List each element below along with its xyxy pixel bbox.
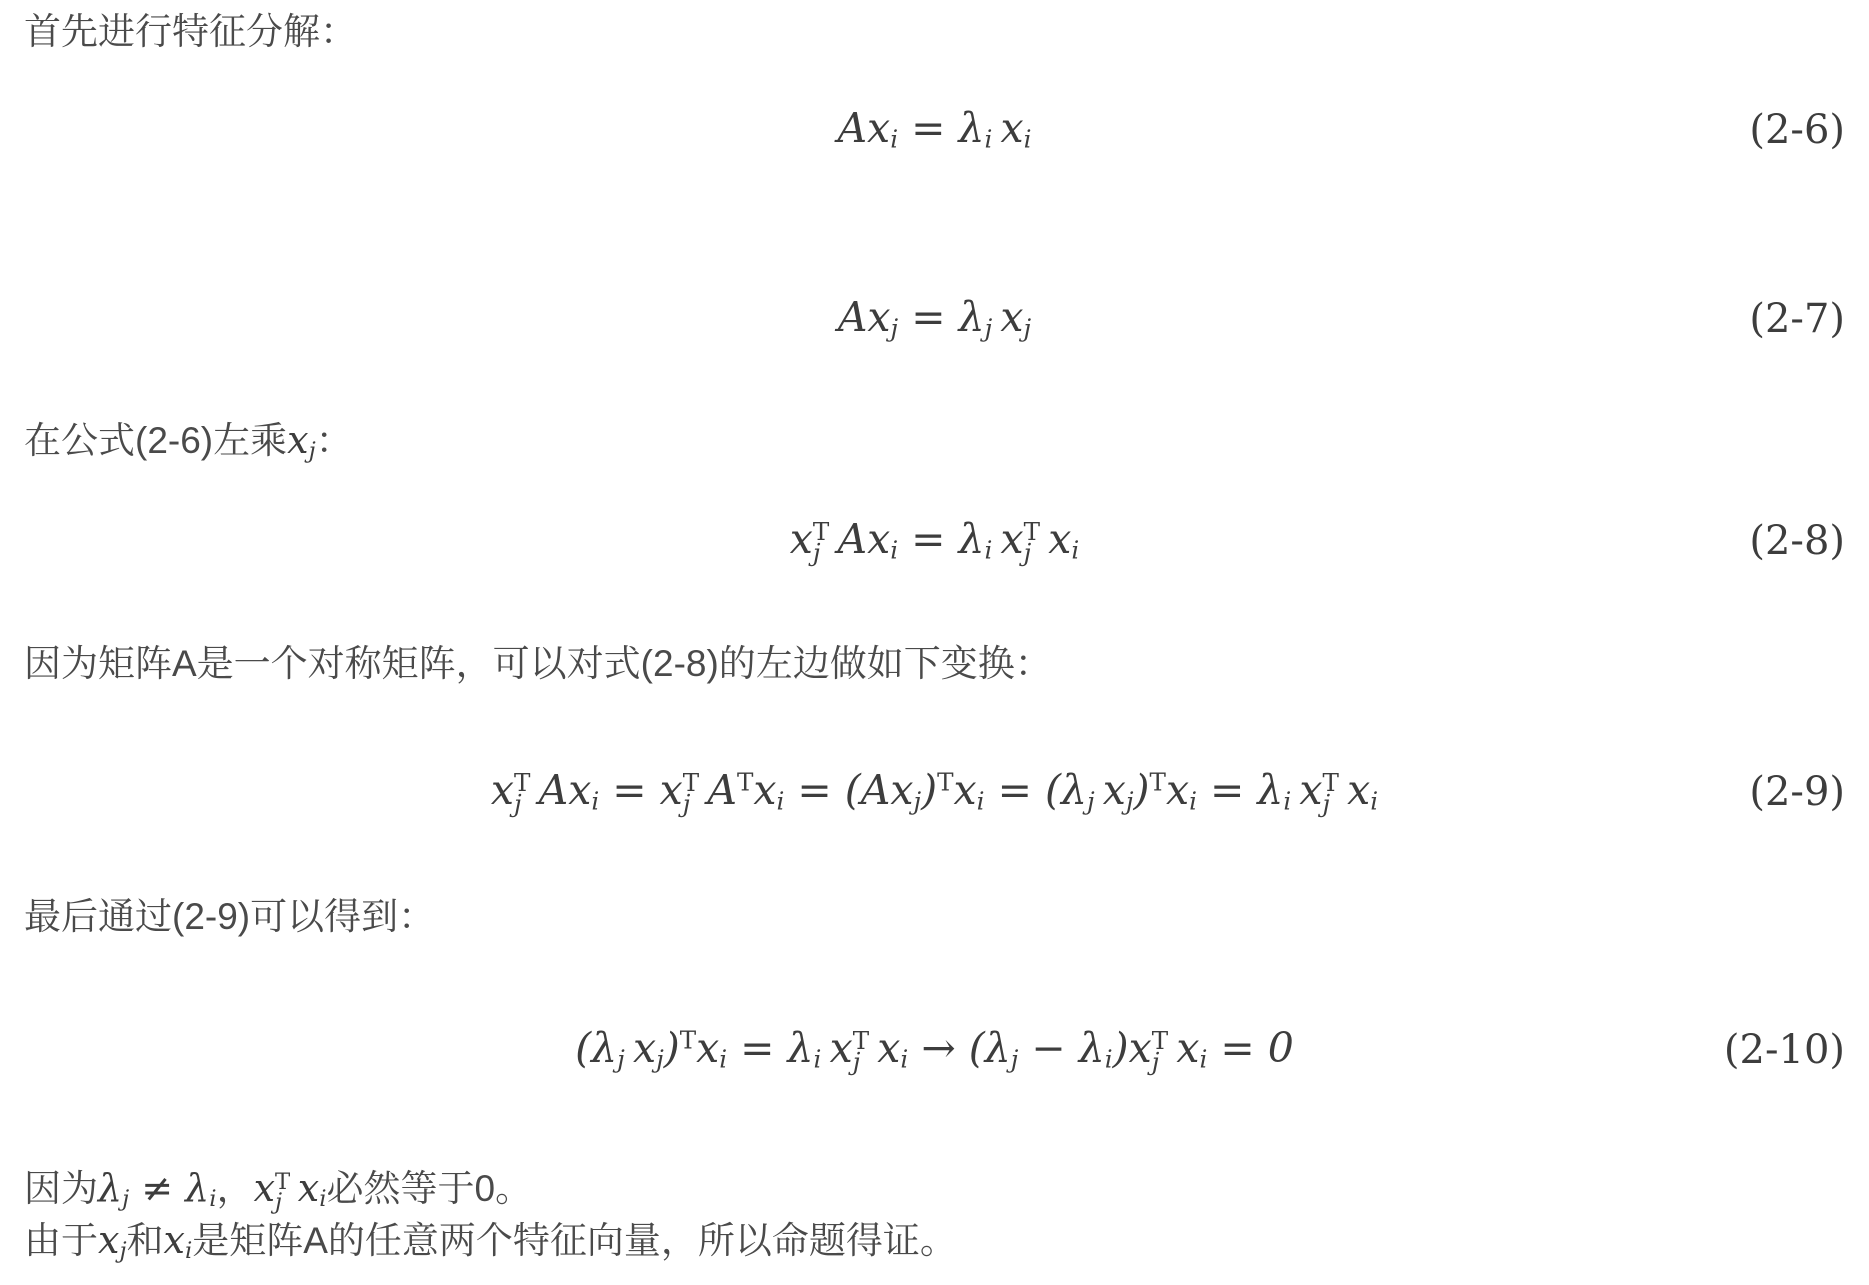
left-multiply-paragraph: 在公式(2-6)左乘xj： [24,415,1845,467]
math-base: x [992,104,1023,152]
subscript: i [1024,124,1032,153]
equation-2-9-number: (2-9) [1749,769,1845,815]
superscript-subscript-stack: Tj [813,522,829,564]
math-base: x [287,418,308,462]
math-base: x [1166,766,1189,814]
math-base: = 0 [1207,1024,1294,1072]
math-base: Ax [829,515,890,563]
equation-2-6-number: (2-6) [1749,107,1845,153]
subscript: j [683,794,691,815]
subscript: i [591,786,599,815]
math-base: = λ [898,293,984,341]
math-base: = λ [1197,766,1283,814]
subscript: i [1105,1044,1113,1073]
text-run: 在公式(2-6)左乘 [24,420,287,461]
subscript: j [617,1044,625,1073]
superscript: T [737,767,753,796]
math-base: x [821,1024,852,1072]
math-expression: xj [98,1218,127,1262]
text-run: 最后通过(2-9)可以得到： [24,896,435,937]
math-base: = λ [727,1024,813,1072]
text-run: 因为 [24,1168,98,1209]
math-base: x [290,1166,319,1210]
subscript: i [1370,786,1378,815]
math-base: ) [664,1024,680,1072]
subscript: j [914,786,922,815]
subscript: i [890,535,898,564]
subscript: j [514,794,522,815]
document-page: { "page": { "background": "#ffffff", "te… [0,0,1869,1285]
math-base: x [1339,766,1370,814]
subscript: j [656,1044,664,1073]
math-expression: Axj = λj xj [838,293,1031,341]
superscript: T [1150,767,1166,796]
math-base: ) [1134,766,1150,814]
text-run: 是矩阵A的任意两个特征向量，所以命题得证。 [192,1220,957,1261]
subscript: j [1024,313,1032,342]
superscript-subscript-stack: Tj [1323,773,1339,815]
math-base: x [491,766,514,814]
math-base: )x [1113,1024,1152,1072]
math-base: = (Ax [784,766,913,814]
math-base: x [790,515,813,563]
math-expression: λj ≠ λi [98,1166,217,1210]
equation-2-9: xTj Axi = xTj ATxi = (Axj)Txi = (λj xj)T… [0,761,1869,823]
subscript: j [1087,786,1095,815]
math-base: = λ [898,515,984,563]
equation-2-7-number: (2-7) [1749,296,1845,342]
math-base: = (λ [985,766,1087,814]
math-base: x [753,766,776,814]
superscript-subscript-stack: Tj [683,773,699,815]
text-run: ， [217,1168,254,1209]
superscript: T [937,767,953,796]
math-base: x [696,1024,719,1072]
equation-2-10-formula: (λj xj)Txi = λi xTj xi → (λj − λi)xTj xi… [575,1028,1294,1072]
subscript: i [719,1044,727,1073]
subscript: i [1071,535,1079,564]
math-base: Ax [530,766,591,814]
text-run: 因为矩阵A是一个对称矩阵，可以对式(2-8)的左边做如下变换： [24,643,1052,684]
math-expression: Axi = λi xi [837,104,1031,152]
superscript-subscript-stack: Tj [1024,522,1040,564]
math-base: λ [98,1166,122,1210]
symmetric-matrix-paragraph: 因为矩阵A是一个对称矩阵，可以对式(2-8)的左边做如下变换： [24,638,1845,690]
text-run: 首先进行特征分解： [24,11,357,52]
superscript-subscript-stack: Tj [1152,1031,1168,1073]
equation-2-10: (λj xj)Txi = λi xTj xi → (λj − λi)xTj xi… [0,1019,1869,1081]
subscript: j [1152,1052,1160,1073]
math-base: x [1095,766,1126,814]
equation-2-8: xTj Axi = λi xTj xi (2-8) [0,510,1869,572]
equation-2-7-formula: Axj = λj xj [838,297,1031,341]
math-base: ≠ λ [129,1166,209,1210]
math-expression: xTj xi [254,1166,327,1210]
equation-2-6-formula: Axi = λi xi [837,108,1031,152]
text-run: ： [316,420,353,461]
math-base: x [869,1024,900,1072]
math-base: x [164,1218,185,1262]
math-base: = λ [898,104,984,152]
superscript: T [680,1025,696,1054]
math-expression: xj [287,418,316,462]
text-run: 和 [127,1220,164,1261]
math-base: x [992,293,1023,341]
math-base: ) [921,766,937,814]
finally-paragraph: 最后通过(2-9)可以得到： [24,891,1845,943]
subscript: j [309,438,316,464]
math-expression: xTj Axi = λi xTj xi [790,515,1080,563]
text-run: 由于 [24,1220,98,1261]
subscript: j [119,1238,126,1264]
math-base: x [1291,766,1322,814]
subscript: j [853,1052,861,1073]
equation-2-8-number: (2-8) [1749,518,1845,564]
subscript: i [1189,786,1197,815]
math-base: x [254,1166,275,1210]
equation-2-8-formula: xTj Axi = λi xTj xi [790,519,1080,563]
subscript: j [1024,543,1032,564]
conclusion-line-1: 因为λj ≠ λi，xTj xi必然等于0。 [24,1163,1845,1215]
math-base: x [954,766,977,814]
math-expression: (λj xj)Txi = λi xTj xi → (λj − λi)xTj xi… [575,1024,1294,1072]
subscript: j [813,543,821,564]
math-base: x [625,1024,656,1072]
subscript: i [890,124,898,153]
conclusion-line-2: 由于xj和xi是矩阵A的任意两个特征向量，所以命题得证。 [24,1215,1845,1267]
math-base: A [699,766,737,814]
superscript-subscript-stack: Tj [514,773,530,815]
equation-2-6: Axi = λi xi (2-6) [0,99,1869,161]
superscript-subscript-stack: Tj [275,1173,290,1212]
equation-2-9-formula: xTj Axi = xTj ATxi = (Axj)Txi = (λj xj)T… [491,770,1378,814]
math-base: x [1168,1024,1199,1072]
superscript-subscript-stack: Tj [853,1031,869,1073]
subscript: j [1126,786,1134,815]
math-base: x [992,515,1023,563]
subscript: i [319,1186,326,1212]
equation-2-7: Axj = λj xj (2-7) [0,288,1869,350]
math-base: → (λ [908,1024,1010,1072]
math-base: = x [599,766,683,814]
math-expression: xi [164,1218,193,1262]
subscript: i [977,786,985,815]
math-expression: xTj Axi = xTj ATxi = (Axj)Txi = (λj xj)T… [491,766,1378,814]
text-run: 必然等于0。 [327,1168,533,1209]
math-base: Ax [838,293,891,341]
math-base: x [1040,515,1071,563]
subscript: i [209,1186,216,1212]
equation-2-10-number: (2-10) [1724,1027,1845,1073]
subscript: j [1323,794,1331,815]
math-base: Ax [837,104,890,152]
math-base: x [98,1218,119,1262]
subscript: j [275,1193,282,1212]
math-base: − λ [1018,1024,1104,1072]
intro-paragraph: 首先进行特征分解： [24,6,1845,58]
math-base: (λ [575,1024,617,1072]
